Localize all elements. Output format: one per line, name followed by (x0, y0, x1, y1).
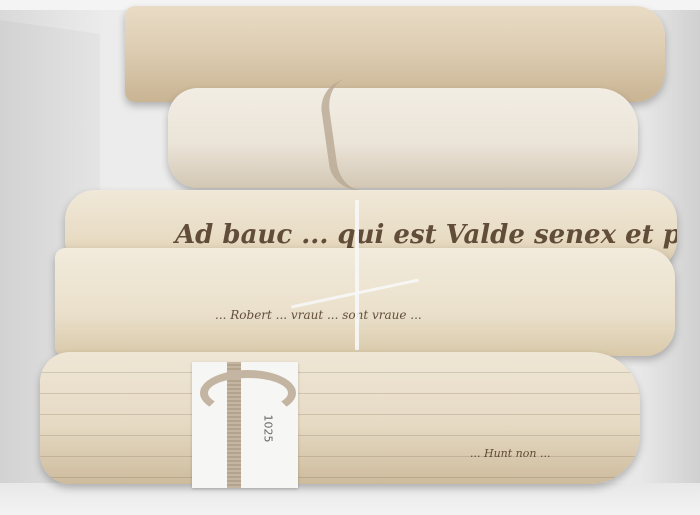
box-floor (0, 483, 700, 515)
shelf-mark: 1025 (262, 415, 275, 443)
string-tie-vertical (355, 200, 359, 350)
manuscript-text: ... Hunt non ... (470, 447, 550, 460)
manuscript-heading: Ad bauc ... qui est Valde senex et petit… (175, 220, 677, 250)
parchment-roll-fourth: ... Robert ... vraut ... sont vraue ... (55, 248, 675, 356)
manuscript-text: ... Robert ... vraut ... sont vraue ... (215, 308, 422, 322)
parchment-roll-bottom: ... Hunt non ... (40, 352, 640, 484)
archive-box-photo: Ad bauc ... qui est Valde senex et petit… (0, 0, 700, 515)
parchment-roll-second (168, 88, 638, 188)
ruled-lines (40, 352, 640, 484)
ribbon-bow (200, 370, 296, 416)
paper-label-band: 1025 (192, 362, 298, 488)
